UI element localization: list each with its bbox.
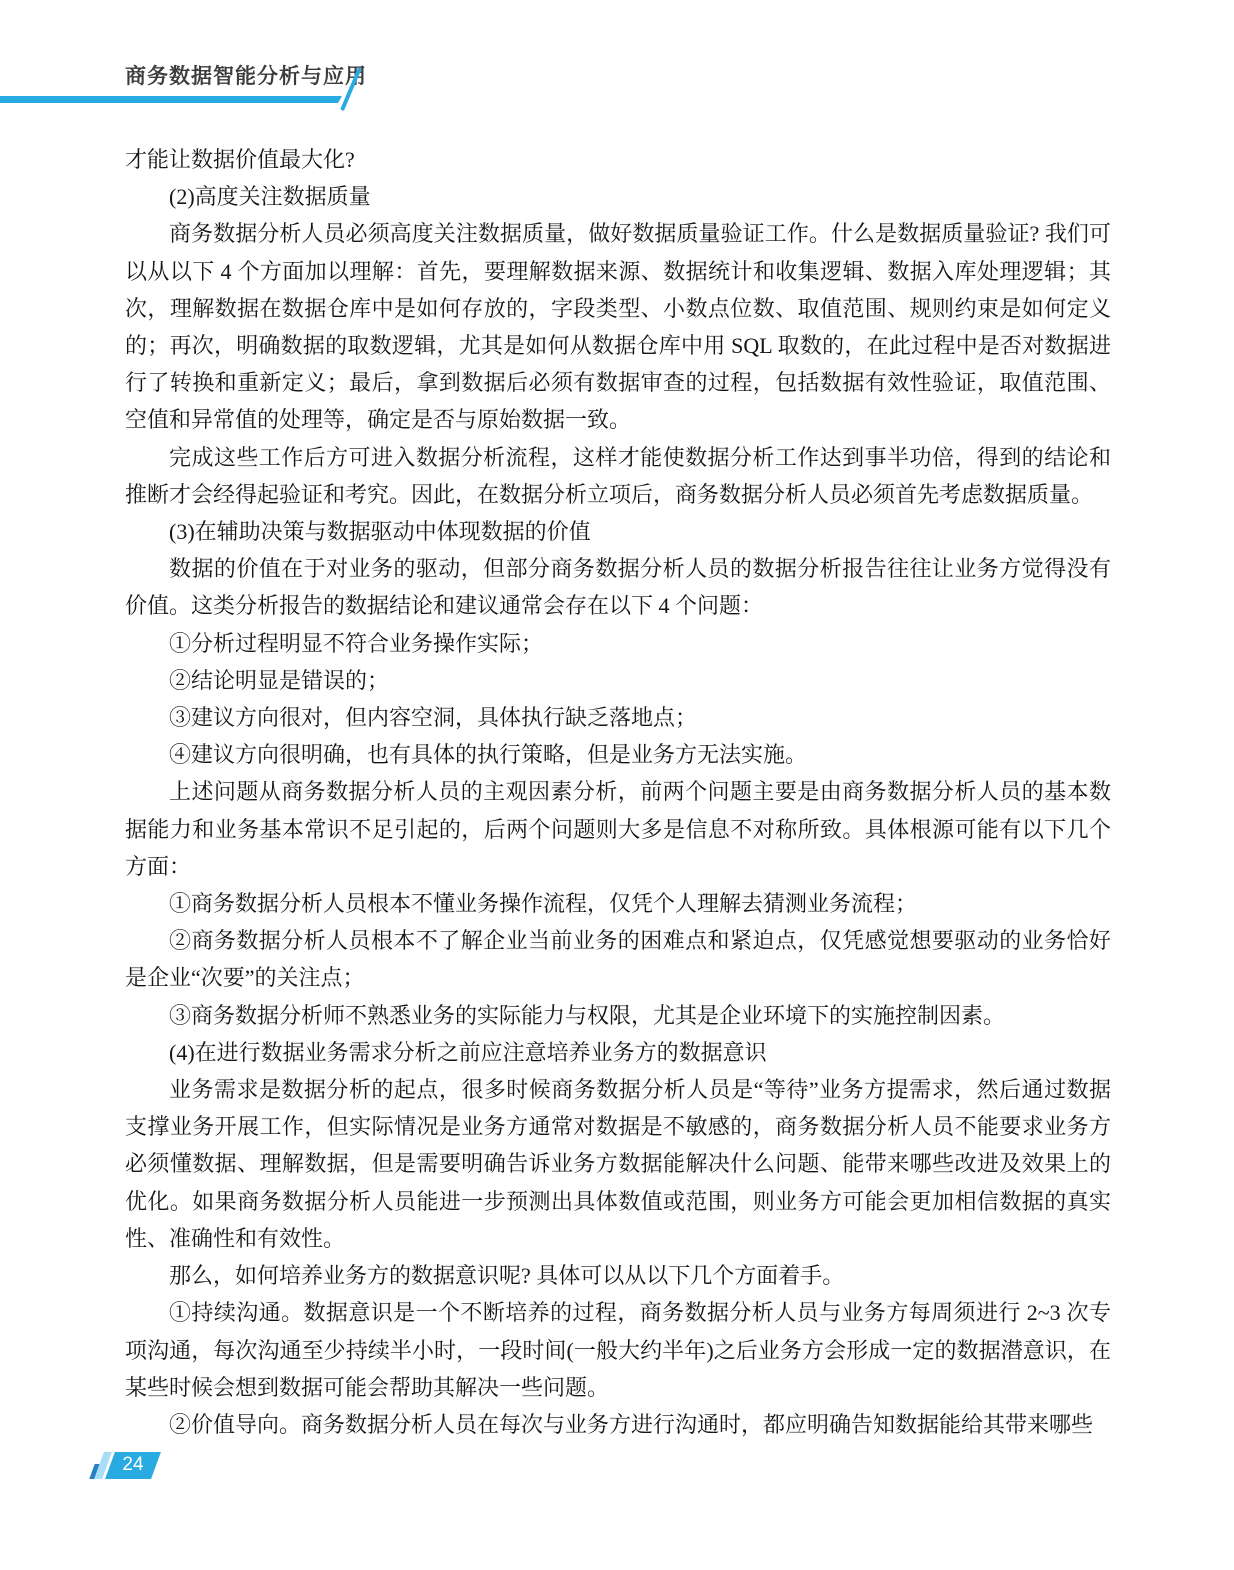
body-paragraph: 商务数据分析人员必须高度关注数据质量，做好数据质量验证工作。什么是数据质量验证?…: [125, 215, 1111, 438]
body-paragraph: 才能让数据价值最大化?: [125, 141, 1111, 178]
body-paragraph: (3)在辅助决策与数据驱动中体现数据的价值: [125, 513, 1111, 550]
body-paragraph: ②商务数据分析人员根本不了解企业当前业务的困难点和紧迫点，仅凭感觉想要驱动的业务…: [125, 922, 1111, 996]
page-number: 24: [110, 1452, 156, 1479]
body-paragraph: 数据的价值在于对业务的驱动，但部分商务数据分析人员的数据分析报告往往让业务方觉得…: [125, 550, 1111, 624]
body-text-block: 才能让数据价值最大化? (2)高度关注数据质量 商务数据分析人员必须高度关注数据…: [125, 141, 1111, 1443]
body-paragraph: ②价值导向。商务数据分析人员在每次与业务方进行沟通时，都应明确告知数据能给其带来…: [125, 1406, 1111, 1443]
body-paragraph: 那么，如何培养业务方的数据意识呢? 具体可以从以下几个方面着手。: [125, 1257, 1111, 1294]
page-number-badge: 24: [88, 1452, 198, 1480]
body-paragraph: 完成这些工作后方可进入数据分析流程，这样才能使数据分析工作达到事半功倍，得到的结…: [125, 439, 1111, 513]
body-paragraph: (4)在进行数据业务需求分析之前应注意培养业务方的数据意识: [125, 1034, 1111, 1071]
body-paragraph: ①持续沟通。数据意识是一个不断培养的过程，商务数据分析人员与业务方每周须进行 2…: [125, 1294, 1111, 1406]
book-page: 商务数据智能分析与应用 才能让数据价值最大化? (2)高度关注数据质量 商务数据…: [0, 0, 1234, 1570]
body-paragraph: ①商务数据分析人员根本不懂业务操作流程，仅凭个人理解去猜测业务流程；: [125, 885, 1111, 922]
page-header-title: 商务数据智能分析与应用: [125, 60, 367, 90]
body-paragraph: 业务需求是数据分析的起点，很多时候商务数据分析人员是“等待”业务方提需求，然后通…: [125, 1071, 1111, 1257]
body-paragraph: ①分析过程明显不符合业务操作实际；: [125, 625, 1111, 662]
body-paragraph: ②结论明显是错误的；: [125, 662, 1111, 699]
body-paragraph: ③商务数据分析师不熟悉业务的实际能力与权限，尤其是企业环境下的实施控制因素。: [125, 997, 1111, 1034]
body-paragraph: 上述问题从商务数据分析人员的主观因素分析，前两个问题主要是由商务数据分析人员的基…: [125, 773, 1111, 885]
header-underline-rule: [0, 96, 342, 103]
body-paragraph: ④建议方向很明确，也有具体的执行策略，但是业务方无法实施。: [125, 736, 1111, 773]
body-paragraph: (2)高度关注数据质量: [125, 178, 1111, 215]
body-paragraph: ③建议方向很对，但内容空洞，具体执行缺乏落地点；: [125, 699, 1111, 736]
